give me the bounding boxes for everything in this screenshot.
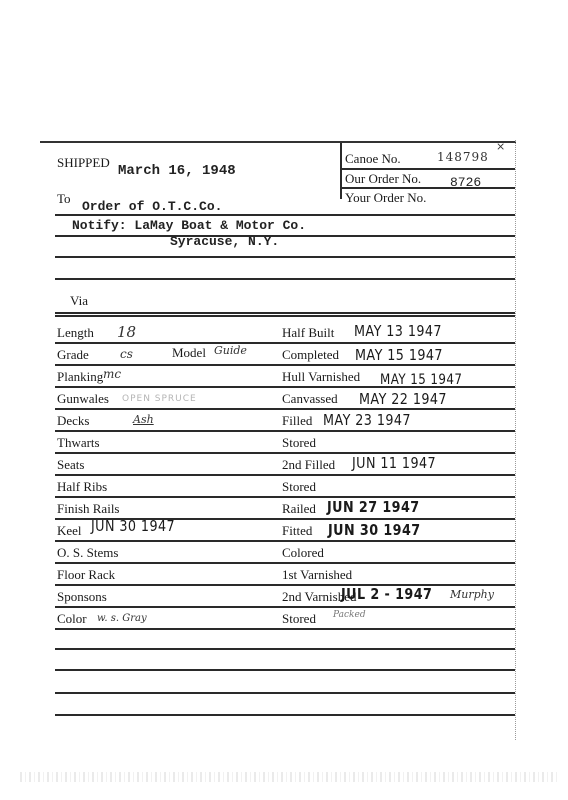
to-value: Order of O.T.C.Co. xyxy=(82,199,222,214)
rule-our-order xyxy=(342,187,515,189)
shipped-label: SHIPPED xyxy=(57,155,110,171)
railed-label: Railed xyxy=(282,501,316,517)
city-line: Syracuse, N.Y. xyxy=(170,234,279,249)
top-rule xyxy=(40,141,516,143)
notify-line: Notify: LaMay Boat & Motor Co. xyxy=(72,218,306,233)
second-filled-label: 2nd Filled xyxy=(282,457,335,473)
rule-extra-3 xyxy=(55,692,515,694)
grade-value: CS xyxy=(120,347,133,361)
os-stems-label: O. S. Stems xyxy=(57,545,118,561)
second-varnished-signature: Murphy xyxy=(450,588,494,601)
first-varnished-label: 1st Varnished xyxy=(282,567,352,583)
rule-row-12 xyxy=(55,584,515,586)
rule-row-7 xyxy=(55,474,515,476)
rule-row-11 xyxy=(55,562,515,564)
seats-label: Seats xyxy=(57,457,84,473)
rule-row-4 xyxy=(55,408,515,410)
check-mark: × xyxy=(496,140,505,153)
gunwales-label: Gunwales xyxy=(57,391,109,407)
rule-row-6 xyxy=(55,452,515,454)
to-label: To xyxy=(57,191,71,207)
thwarts-label: Thwarts xyxy=(57,435,100,451)
sponsons-label: Sponsons xyxy=(57,589,107,605)
second-filled-stamp: JUN 11 1947 xyxy=(352,454,436,472)
color-value: w. s. Gray xyxy=(97,613,147,624)
model-label: Model xyxy=(172,345,206,361)
filled-stamp: MAY 23 1947 xyxy=(323,411,411,429)
canvassed-stamp: MAY 22 1947 xyxy=(359,390,447,408)
rule-row-2 xyxy=(55,364,515,366)
rule-city xyxy=(55,256,515,258)
planking-value: MC xyxy=(103,367,121,381)
fitted-label: Fitted xyxy=(282,523,312,539)
stored-label-2: Stored xyxy=(282,479,316,495)
rule-notify xyxy=(55,235,515,237)
stored-label-1: Stored xyxy=(282,435,316,451)
shipped-date: March 16, 1948 xyxy=(118,163,236,179)
rule-row-10 xyxy=(55,540,515,542)
completed-stamp: MAY 15 1947 xyxy=(355,346,443,364)
hull-varnished-label: Hull Varnished xyxy=(282,369,360,385)
finish-rails-label: Finish Rails xyxy=(57,501,120,517)
keel-stamp: JUN 30 1947 xyxy=(91,517,175,535)
rule-row-14 xyxy=(55,628,515,630)
canoe-no-value: 148798 xyxy=(437,150,489,164)
our-order-label: Our Order No. xyxy=(345,171,421,187)
rule-extra-4 xyxy=(55,714,515,716)
rule-row-5 xyxy=(55,430,515,432)
rule-extra-1 xyxy=(55,648,515,650)
scan-noise xyxy=(20,772,560,782)
decks-value: Ash xyxy=(133,413,154,426)
rule-extra-2 xyxy=(55,669,515,671)
second-varnished-stamp: JUL 2 - 1947 xyxy=(341,585,432,603)
colored-label: Colored xyxy=(282,545,324,561)
order-box-left-border xyxy=(340,143,342,199)
canvassed-label: Canvassed xyxy=(282,391,338,407)
floor-rack-label: Floor Rack xyxy=(57,567,115,583)
model-value: Guide xyxy=(214,344,247,357)
keel-label: Keel xyxy=(57,523,82,539)
rule-to xyxy=(55,214,515,216)
fitted-stamp: JUN 30 1947 xyxy=(328,521,421,539)
right-edge xyxy=(515,140,517,740)
filled-label: Filled xyxy=(282,413,312,429)
canoe-no-label: Canoe No. xyxy=(345,151,401,167)
grade-label: Grade xyxy=(57,347,89,363)
via-label: Via xyxy=(70,293,88,309)
rule-row-13 xyxy=(55,606,515,608)
rule-via-2 xyxy=(55,315,515,317)
rule-row-1 xyxy=(55,342,515,344)
half-built-stamp: MAY 13 1947 xyxy=(354,322,442,340)
rule-row-8 xyxy=(55,496,515,498)
stored-value-3: Packed xyxy=(333,610,366,620)
planking-label: Planking xyxy=(57,369,103,385)
length-label: Length xyxy=(57,325,94,341)
length-value: 18 xyxy=(117,323,136,341)
hull-varnished-stamp: MAY 15 1947 xyxy=(380,372,462,388)
color-label: Color xyxy=(57,611,87,627)
decks-label: Decks xyxy=(57,413,90,429)
completed-label: Completed xyxy=(282,347,339,363)
stored-label-3: Stored xyxy=(282,611,316,627)
railed-stamp: JUN 27 1947 xyxy=(327,498,420,516)
half-built-label: Half Built xyxy=(282,325,334,341)
rule-via-1 xyxy=(55,312,515,314)
rule-canoe-no xyxy=(342,168,515,170)
rule-blank xyxy=(55,278,515,280)
gunwales-value: OPEN SPRUCE xyxy=(122,394,197,404)
half-ribs-label: Half Ribs xyxy=(57,479,107,495)
your-order-label: Your Order No. xyxy=(345,190,426,206)
